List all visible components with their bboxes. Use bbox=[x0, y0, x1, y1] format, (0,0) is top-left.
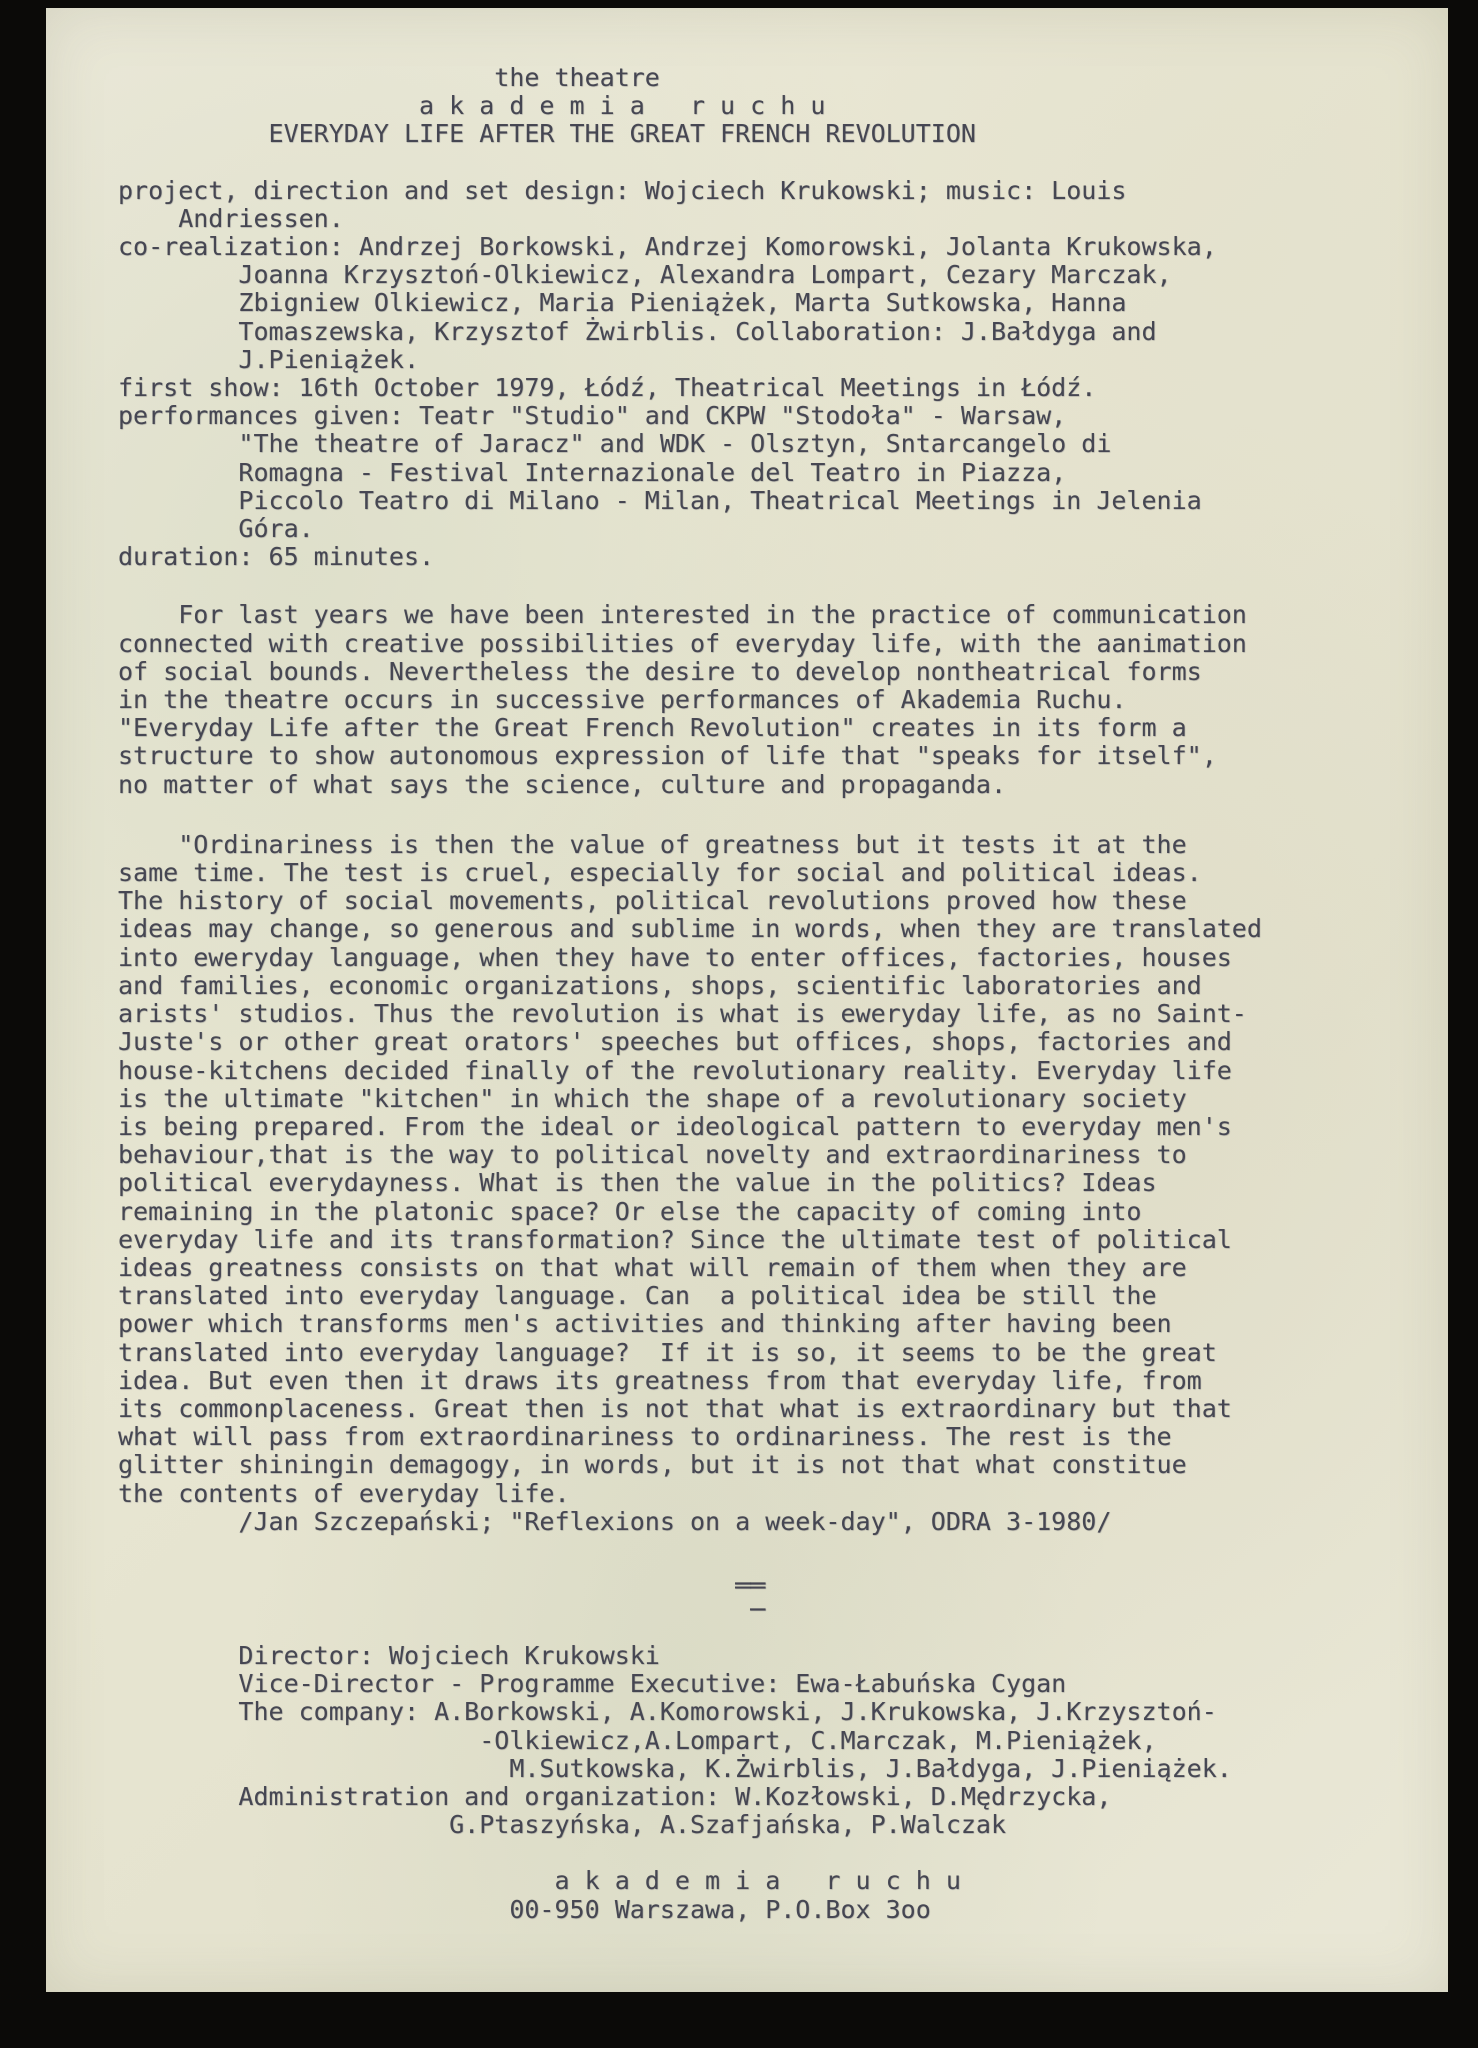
quote-attribution: /Jan Szczepański; "Reflexions on a week-… bbox=[118, 1508, 1428, 1536]
quotation-paragraph: "Ordinariness is then the value of great… bbox=[118, 831, 1428, 1508]
production-credits-block: project, direction and set design: Wojci… bbox=[118, 177, 1428, 572]
document-page: the theatre a k a d e m i a r u c h u EV… bbox=[46, 8, 1448, 1992]
page-corner-cut bbox=[0, 2026, 26, 2048]
document-title-block: the theatre a k a d e m i a r u c h u EV… bbox=[118, 64, 1428, 149]
section-divider: ══ ─ bbox=[118, 1574, 1428, 1622]
company-credits-block: Director: Wojciech Krukowski Vice-Direct… bbox=[118, 1642, 1428, 1839]
description-paragraph: For last years we have been interested i… bbox=[118, 601, 1428, 798]
address-footer: a k a d e m i a r u c h u 00-950 Warszaw… bbox=[118, 1867, 1428, 1923]
scan-background: the theatre a k a d e m i a r u c h u EV… bbox=[0, 0, 1478, 2048]
